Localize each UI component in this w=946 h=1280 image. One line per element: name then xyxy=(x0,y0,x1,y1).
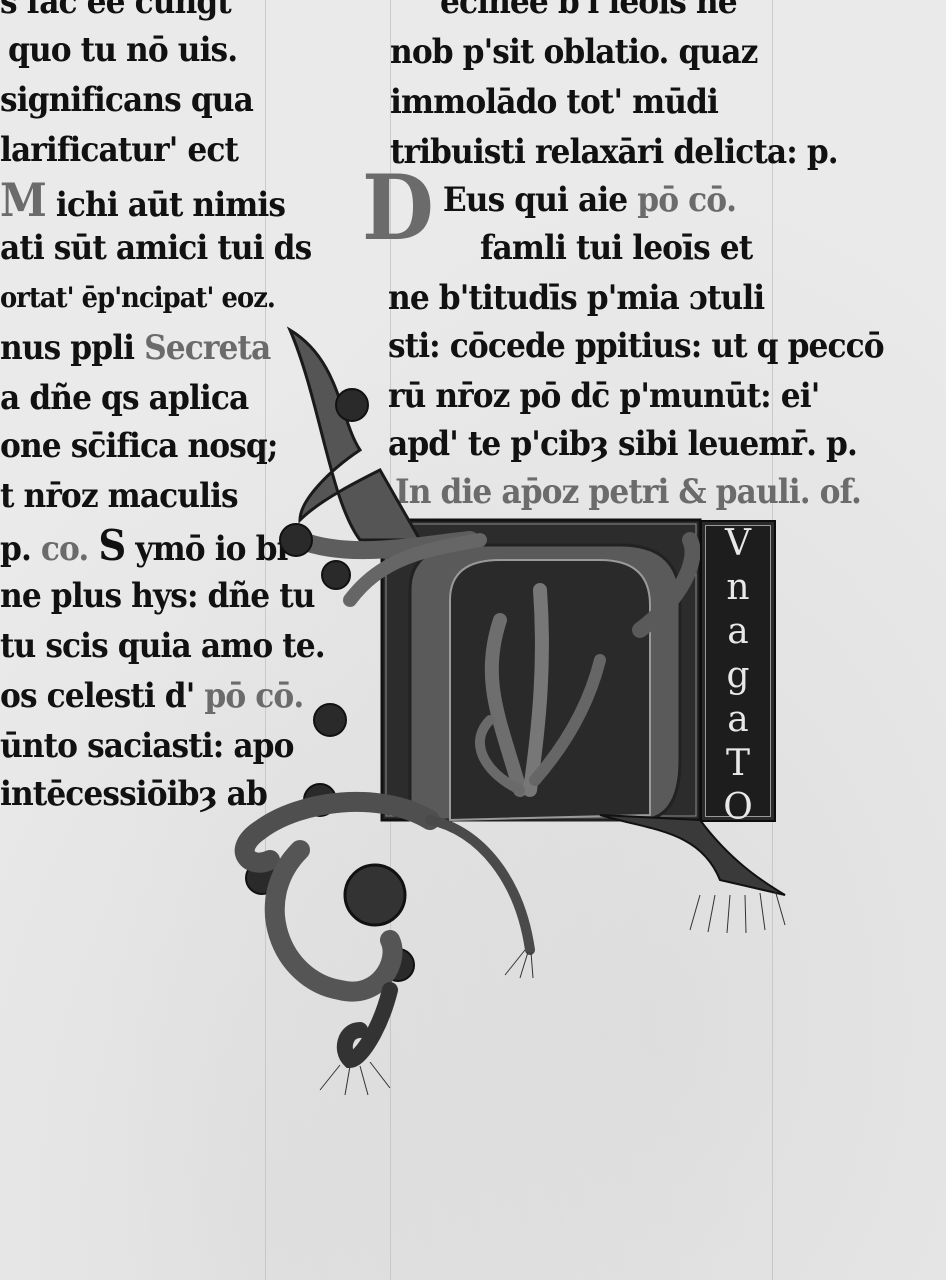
panel-letter: V xyxy=(702,522,774,566)
panel-letter: T xyxy=(702,742,774,786)
panel-letter: a xyxy=(702,698,774,742)
panel-letter: g xyxy=(702,654,774,698)
manuscript-page: s fac ee cungt quo tu nō uis. significan… xyxy=(0,0,946,1280)
initial-caption-panel: V n a g a T O xyxy=(700,520,776,822)
panel-letter: O xyxy=(702,786,774,830)
panel-letter: n xyxy=(702,566,774,610)
panel-letter: a xyxy=(702,610,774,654)
illuminated-initial-decoration xyxy=(0,0,946,1280)
